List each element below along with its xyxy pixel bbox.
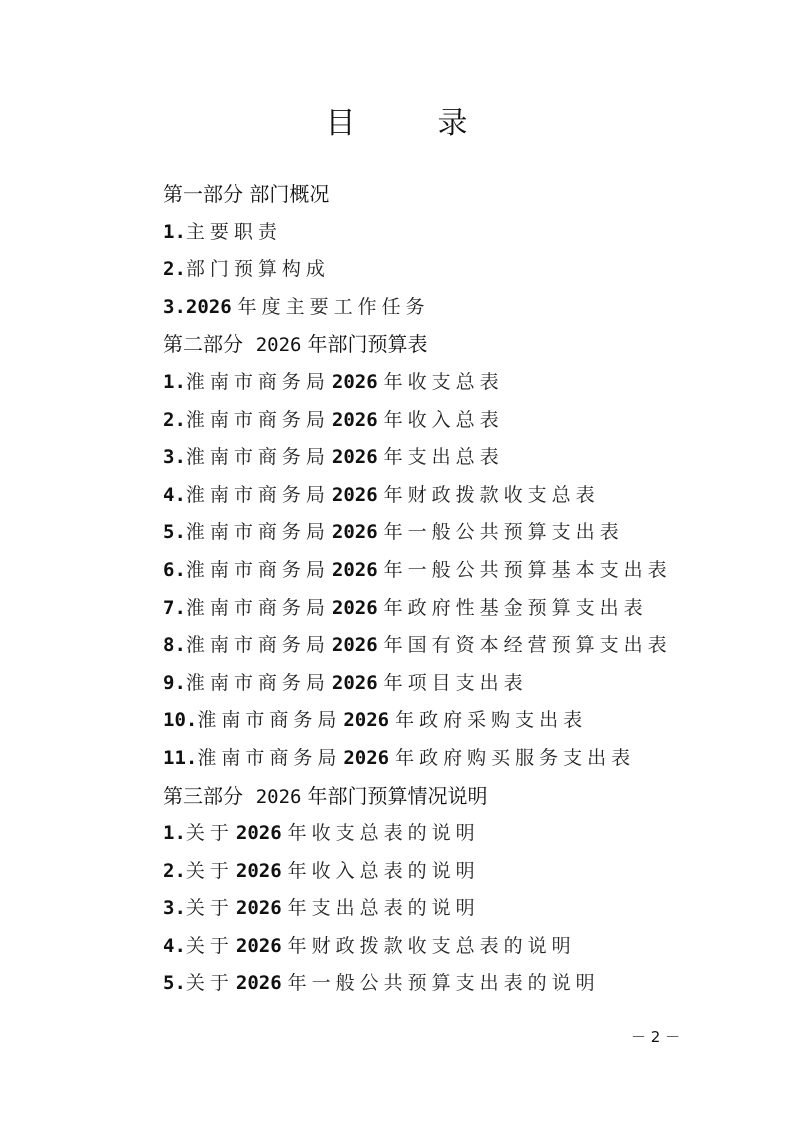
toc-item[interactable]: 4.淮南市商务局2026年财政拨款收支总表 [163,477,723,515]
toc-item[interactable]: 2.关于2026年收入总表的说明 [163,853,723,891]
toc-item[interactable]: 10.淮南市商务局2026年政府采购支出表 [163,702,723,740]
toc-item[interactable]: 8.淮南市商务局2026年国有资本经营预算支出表 [163,627,723,665]
section-heading-2[interactable]: 第二部分 2026年部门预算表 [163,326,723,364]
toc-item[interactable]: 1.主要职责 [163,214,723,252]
toc-item[interactable]: 11.淮南市商务局2026年政府购买服务支出表 [163,740,723,778]
toc-item[interactable]: 1.关于2026年收支总表的说明 [163,815,723,853]
toc-item[interactable]: 4.关于2026年财政拨款收支总表的说明 [163,928,723,966]
toc-item[interactable]: 5.淮南市商务局2026年一般公共预算支出表 [163,514,723,552]
section-heading-3[interactable]: 第三部分 2026年部门预算情况说明 [163,778,723,816]
toc-item[interactable]: 5.关于2026年一般公共预算支出表的说明 [163,965,723,1003]
page-number: － 2 － [631,1026,680,1047]
toc-item[interactable]: 9.淮南市商务局2026年项目支出表 [163,665,723,703]
toc-item[interactable]: 7.淮南市商务局2026年政府性基金预算支出表 [163,590,723,628]
page-title: 目 录 [0,98,793,142]
table-of-contents: 第一部分 部门概况 1.主要职责 2.部门预算构成 3.2026年度主要工作任务… [163,176,723,1003]
toc-item[interactable]: 3.2026年度主要工作任务 [163,289,723,327]
toc-item[interactable]: 3.淮南市商务局2026年支出总表 [163,439,723,477]
document-page: 目 录 第一部分 部门概况 1.主要职责 2.部门预算构成 3.2026年度主要… [0,0,793,1122]
toc-item[interactable]: 2.淮南市商务局2026年收入总表 [163,402,723,440]
toc-item[interactable]: 3.关于2026年支出总表的说明 [163,890,723,928]
section-heading-1[interactable]: 第一部分 部门概况 [163,176,723,214]
toc-item[interactable]: 2.部门预算构成 [163,251,723,289]
toc-item[interactable]: 6.淮南市商务局2026年一般公共预算基本支出表 [163,552,723,590]
toc-item[interactable]: 1.淮南市商务局2026年收支总表 [163,364,723,402]
